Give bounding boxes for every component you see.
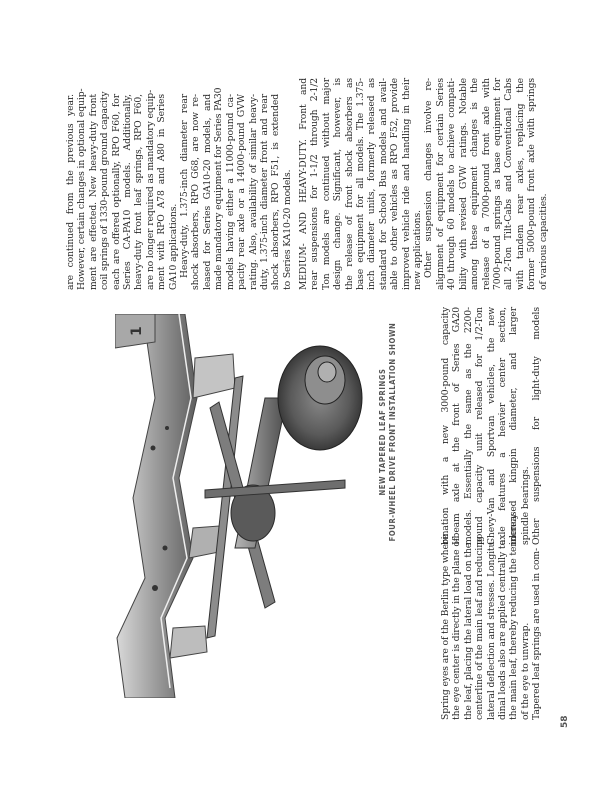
text-line: of the eye to unwrap. bbox=[520, 548, 531, 720]
text-line: able to other vehicles as RPO F52, provi… bbox=[389, 78, 400, 290]
text-line: made mandatory equipment for Series PA30 bbox=[213, 94, 224, 290]
text-line: axle features a heavier center section, bbox=[497, 307, 508, 545]
paragraph: are continued from the previous year. Ho… bbox=[65, 94, 179, 290]
text-line: models. Essentially the same as the 2200… bbox=[463, 307, 474, 545]
text-line: improved vehicle ride and handling in th… bbox=[401, 78, 412, 290]
text-line: the eye center is directly in the plane … bbox=[451, 548, 462, 720]
text-line: the leaf, placing the lateral load on th… bbox=[463, 548, 474, 720]
text-line: Ton models are continued without major bbox=[321, 78, 332, 290]
text-line: the main leaf, thereby reducing the tend… bbox=[508, 548, 519, 720]
text-line: each are offered optionally, RPO F60, fo… bbox=[111, 94, 122, 290]
text-line: rear suspensions for 1-1/2 through 2-1/2 bbox=[309, 78, 320, 290]
text-line: pound capacity unit released for 1/2-Ton bbox=[474, 307, 485, 545]
text-column-front-axle: bination with a new 3000-pound capacity … bbox=[440, 307, 543, 545]
text-line: Tapered leaf springs are used in com- bbox=[531, 548, 542, 720]
text-line: However, certain changes in optional equ… bbox=[76, 94, 87, 290]
text-line: rating. Also, availability of similar he… bbox=[248, 94, 259, 290]
text-line: heavy-duty front leaf springs, RPO F60, bbox=[133, 94, 144, 290]
text-line: with tandem rear axles, replacing the bbox=[515, 78, 526, 290]
text-line: are continued from the previous year. bbox=[65, 94, 76, 290]
text-line: pacity rear axle or a 14000-pound GVW bbox=[236, 94, 247, 290]
text-line: centerline of the main leaf and reducing bbox=[474, 548, 485, 720]
text-line: the release of front shock absorbers as bbox=[344, 78, 355, 290]
page-number: 58 bbox=[560, 715, 570, 728]
text-line: Chevy-Van and Sportvan vehicles, the new bbox=[486, 307, 497, 545]
caption-line-2: FOUR-WHEEL DRIVE FRONT INSTALLATION SHOW… bbox=[388, 319, 398, 545]
text-line: Other suspensions for light-duty models bbox=[531, 307, 542, 545]
text-line: GA10 applications. bbox=[168, 94, 179, 290]
text-line: ment are effected. New heavy-duty front bbox=[88, 94, 99, 290]
text-line: release of a 7000-pound front axle with bbox=[481, 78, 492, 290]
paragraph: bination with a new 3000-pound capacity … bbox=[440, 307, 543, 545]
text-line: standard for School Bus models and avail… bbox=[378, 78, 389, 290]
text-line: 40 through 60 models to achieve compati- bbox=[446, 78, 457, 290]
text-line: MEDIUM- AND HEAVY-DUTY. Front and bbox=[298, 78, 309, 290]
text-line: leased for Series GA10-20 models, and bbox=[202, 94, 213, 290]
text-line: duty, 1.375-inch diameter front and rear bbox=[259, 94, 270, 290]
text-line: lateral deflection and stresses. Longitu… bbox=[486, 548, 497, 720]
text-line: new applications. bbox=[412, 78, 423, 290]
text-line: bility with revised GVW ratings. Notable bbox=[458, 78, 469, 290]
figure-caption: NEW TAPERED LEAF SPRINGS FOUR-WHEEL DRIV… bbox=[378, 319, 398, 545]
text-line: of various capacities. bbox=[538, 78, 549, 290]
text-line: coil springs of 1330-pound ground capaci… bbox=[99, 94, 110, 290]
text-column-spring-eyes: Spring eyes are of the Berlin type where… bbox=[440, 548, 543, 720]
text-line: 7000-pound springs as base equipment for bbox=[492, 78, 503, 290]
document-page: are continued from the previous year. Ho… bbox=[0, 0, 612, 792]
text-line: bination with a new 3000-pound capacity bbox=[440, 307, 451, 545]
svg-text:1: 1 bbox=[129, 326, 145, 336]
text-line: to Series KA10-20 models. bbox=[282, 94, 293, 290]
paragraph: MEDIUM- AND HEAVY-DUTY. Front and rear s… bbox=[298, 78, 423, 290]
paragraph: Heavy-duty, 1.375-inch diameter rear sho… bbox=[179, 94, 293, 290]
text-line: I-beam axle at the front of Series GA20 bbox=[451, 307, 462, 545]
text-line: Series CA-PA10 models. Additionally, bbox=[122, 94, 133, 290]
text-line: all 2-Ton Tilt-Cabs and Conventional Cab… bbox=[503, 78, 514, 290]
text-line: dinal loads also are applied centrally t… bbox=[497, 548, 508, 720]
suspension-photo: 1 bbox=[115, 314, 368, 698]
text-line: Spring eyes are of the Berlin type where bbox=[440, 548, 451, 720]
text-line: inch diameter units, formerly released a… bbox=[366, 78, 377, 290]
text-line: Heavy-duty, 1.375-inch diameter rear bbox=[179, 94, 190, 290]
text-column-light-duty-continued: are continued from the previous year. Ho… bbox=[65, 94, 293, 290]
caption-line-1: NEW TAPERED LEAF SPRINGS bbox=[378, 319, 388, 545]
paragraph: Spring eyes are of the Berlin type where… bbox=[440, 548, 543, 720]
text-line: among these equipment changes is the bbox=[469, 78, 480, 290]
text-line: Other suspension changes involve re- bbox=[423, 78, 434, 290]
text-line: alignment of equipment for certain Serie… bbox=[435, 78, 446, 290]
text-line: spindle bearings. bbox=[520, 307, 531, 545]
text-line: increased kingpin diameter, and larger bbox=[508, 307, 519, 545]
text-line: base equipment for all models. The 1.375… bbox=[355, 78, 366, 290]
paragraph: Other suspension changes involve re- ali… bbox=[423, 78, 548, 290]
text-line: design change. Significant, however, is bbox=[332, 78, 343, 290]
suspension-illustration-icon: 1 bbox=[115, 314, 368, 698]
text-line: models having either a 11000-pound ca- bbox=[225, 94, 236, 290]
text-line: shock absorbers, RPO G68, are now re- bbox=[190, 94, 201, 290]
text-line: former 5000-pound front axle with spring… bbox=[526, 78, 537, 290]
text-line: ment with RPO A78 and A80 in Series bbox=[156, 94, 167, 290]
text-column-medium-heavy-duty: MEDIUM- AND HEAVY-DUTY. Front and rear s… bbox=[298, 78, 549, 290]
text-line: shock absorbers, RPO F51, is extended bbox=[270, 94, 281, 290]
text-line: are no longer required as mandatory equi… bbox=[145, 94, 156, 290]
